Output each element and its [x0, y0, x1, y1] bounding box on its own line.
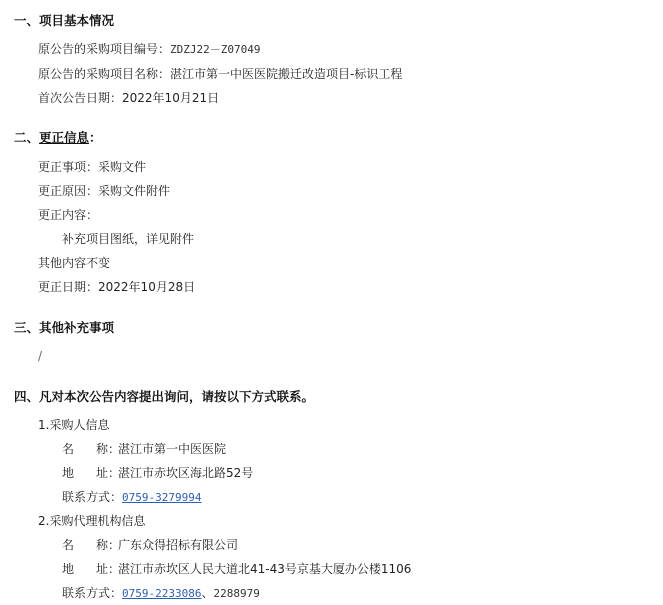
agency-contact-row: 联系方式：0759-2233086、2288979: [62, 585, 260, 602]
purchaser-contact-label: 联系方式：: [62, 490, 122, 504]
agency-title: 2.采购代理机构信息: [38, 513, 145, 529]
agency-phone-link[interactable]: 0759-2233086: [122, 587, 201, 600]
correction-date-row: 更正日期：2022年10月28日: [38, 279, 195, 295]
project-name-row: 原公告的采购项目名称：湛江市第一中医医院搬迁改造项目-标识工程: [38, 66, 402, 82]
correction-item-row: 更正事项：采购文件: [38, 159, 146, 175]
project-name-value: 湛江市第一中医医院搬迁改造项目-标识工程: [170, 67, 402, 81]
label-part: 名: [62, 537, 96, 553]
correction-item-label: 更正事项：: [38, 160, 98, 174]
agency-contact-label: 联系方式：: [62, 586, 122, 600]
correction-reason-row: 更正原因：采购文件附件: [38, 183, 170, 199]
purchaser-title: 1.采购人信息: [38, 417, 109, 433]
first-date-row: 首次公告日期：2022年10月21日: [38, 90, 219, 106]
agency-address: 湛江市赤坎区人民大道北41-43号京基大厦办公楼1106: [118, 562, 411, 576]
section-heading-contact: 四、凡对本次公告内容提出询问，请按以下方式联系。: [14, 387, 314, 405]
correction-item-value: 采购文件: [98, 160, 146, 174]
project-number-label: 原公告的采购项目编号：: [38, 42, 170, 56]
agency-name: 广东众得招标有限公司: [118, 538, 238, 552]
correction-content-value: 补充项目图纸，详见附件: [62, 231, 194, 247]
correction-reason-value: 采购文件附件: [98, 184, 170, 198]
purchaser-name-row: 名称：湛江市第一中医医院: [62, 441, 226, 457]
first-date-label: 首次公告日期：: [38, 91, 122, 105]
agency-phone2: 2288979: [214, 587, 260, 600]
project-number-row: 原公告的采购项目编号：ZDZJ22－Z07049: [38, 41, 261, 58]
purchaser-phone-link[interactable]: 0759-3279994: [122, 491, 201, 504]
correction-reason-label: 更正原因：: [38, 184, 98, 198]
phone-separator: 、: [202, 586, 214, 600]
label-part: 址：: [96, 466, 120, 480]
label-part: 地: [62, 465, 96, 481]
label-part: 称：: [96, 538, 120, 552]
project-name-label: 原公告的采购项目名称：: [38, 67, 170, 81]
label-part: 名: [62, 441, 96, 457]
purchaser-address: 湛江市赤坎区海北路52号: [118, 466, 253, 480]
label-part: 称：: [96, 442, 120, 456]
heading-prefix: 二、: [14, 130, 39, 145]
heading-underlined: 更正信息: [39, 130, 89, 145]
section-heading-basic-info: 一、项目基本情况: [14, 11, 114, 29]
agency-address-row: 地址：湛江市赤坎区人民大道北41-43号京基大厦办公楼1106: [62, 561, 411, 577]
section-heading-correction: 二、更正信息：: [14, 128, 102, 146]
correction-content-label: 更正内容：: [38, 207, 98, 223]
other-unchanged: 其他内容不变: [38, 255, 110, 271]
first-date-value: 2022年10月21日: [122, 91, 219, 105]
purchaser-contact-row: 联系方式：0759-3279994: [62, 489, 202, 506]
agency-name-row: 名称：广东众得招标有限公司: [62, 537, 238, 553]
label-part: 地: [62, 561, 96, 577]
correction-date-value: 2022年10月28日: [98, 280, 195, 294]
section-heading-supplement: 三、其他补充事项: [14, 318, 114, 336]
purchaser-address-row: 地址：湛江市赤坎区海北路52号: [62, 465, 253, 481]
supplement-value: /: [38, 348, 42, 364]
project-number-value: ZDZJ22－Z07049: [170, 43, 260, 56]
heading-suffix: ：: [89, 130, 102, 145]
correction-date-label: 更正日期：: [38, 280, 98, 294]
label-part: 址：: [96, 562, 120, 576]
purchaser-name: 湛江市第一中医医院: [118, 442, 226, 456]
